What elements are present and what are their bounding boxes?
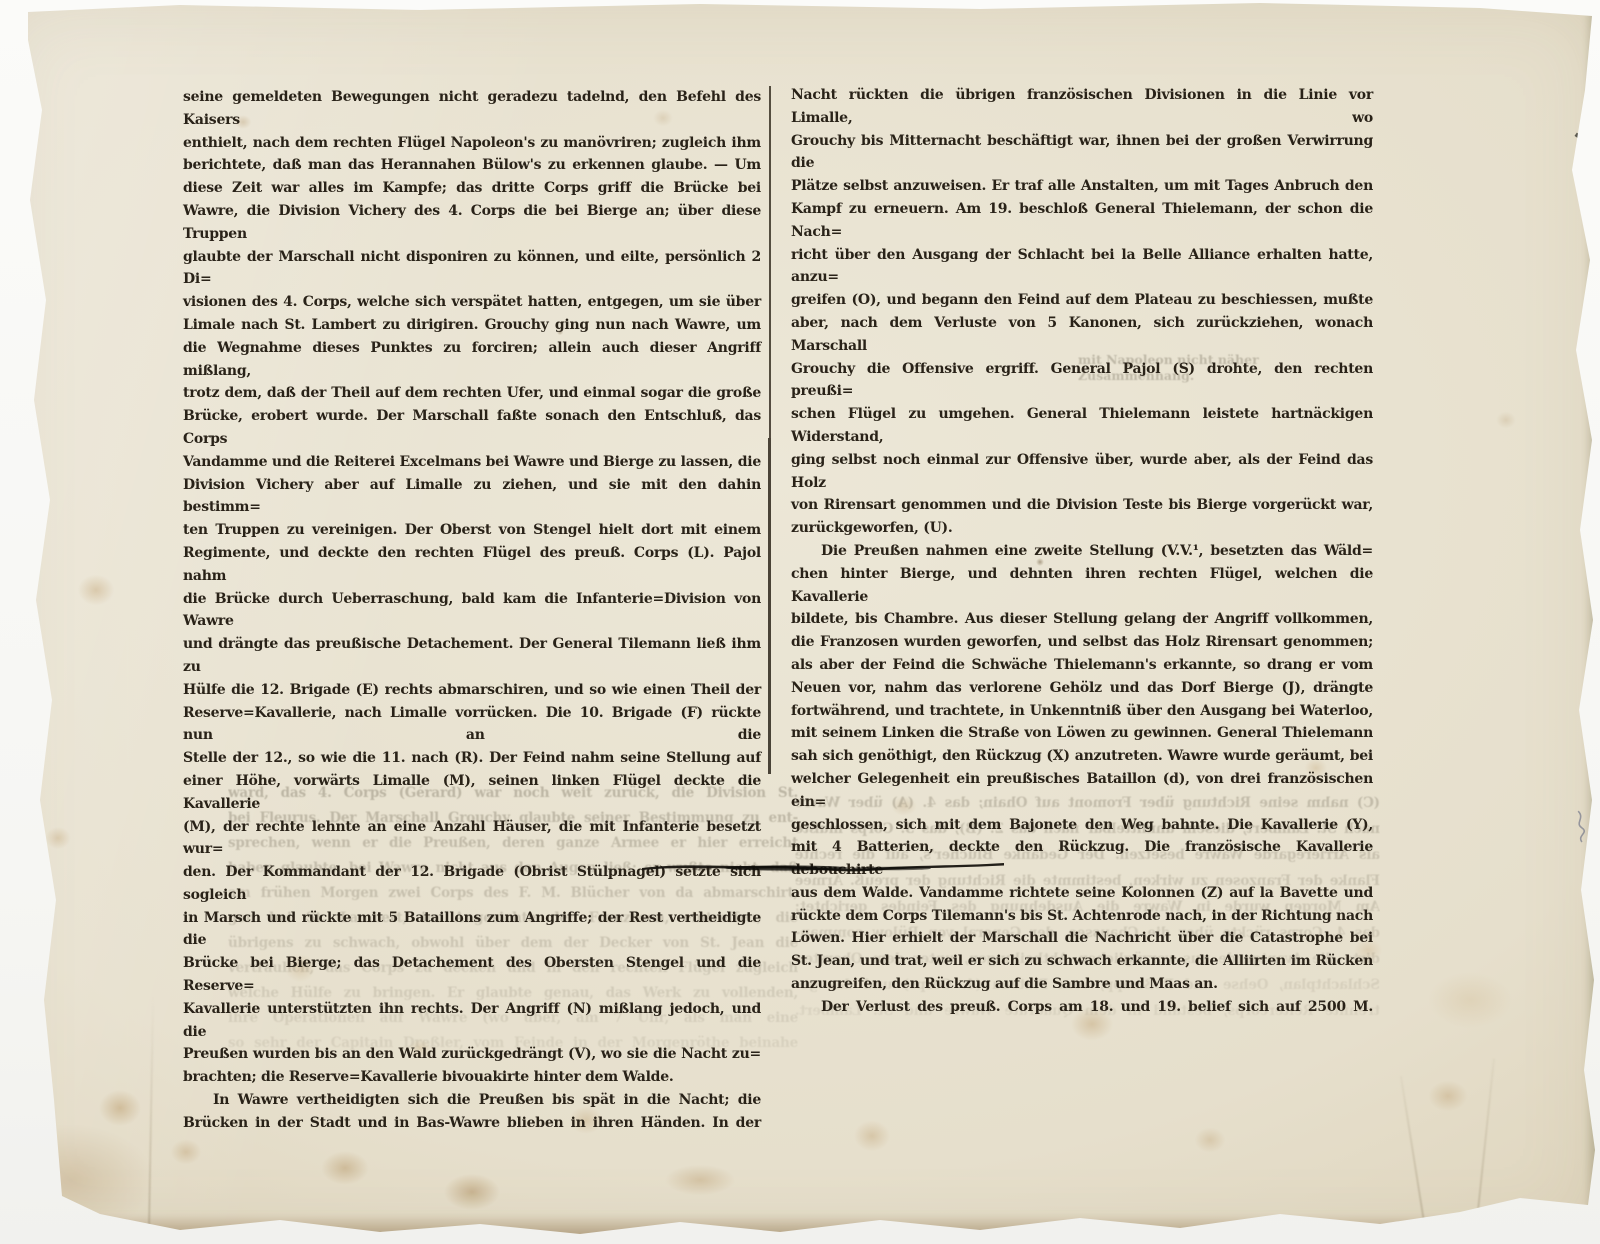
pencil-squiggle-right-margin [1568, 808, 1598, 845]
text-line: Nacht rückten die übrigen französischen … [791, 84, 1373, 130]
text-line: Brücke bei Bierge; das Detachement des O… [183, 952, 761, 998]
text-line: brachten; die Reserve=Kavallerie bivouak… [183, 1066, 761, 1089]
text-line: Neuen vor, nahm das verlorene Gehölz und… [791, 677, 1373, 700]
paragraph: Die Preußen nahmen eine zweite Stellung … [791, 540, 1373, 996]
text-line: Hülfe die 12. Brigade (E) rechts abmarsc… [183, 679, 761, 702]
text-line: rückte dem Corps Tilemann's bis St. Acht… [791, 905, 1373, 928]
text-line: Vandamme und die Reiterei Excelmans bei … [183, 451, 761, 474]
text-line: von Rirensart genommen und die Division … [791, 494, 1373, 517]
text-line: Wawre, die Division Vichery des 4. Corps… [183, 200, 761, 246]
text-line: die Franzosen wurden geworfen, und selbs… [791, 631, 1373, 654]
paragraph: Der Verlust des preuß. Corps am 18. und … [791, 996, 1373, 1019]
text-line: In Wawre vertheidigten sich die Preußen … [183, 1089, 761, 1112]
text-line: zurückgeworfen, (U). [791, 517, 1373, 540]
paper-crease [1400, 1076, 1426, 1229]
text-line: Reserve=Kavallerie, nach Limalle vorrück… [183, 702, 761, 748]
text-line: Kavallerie unterstützten ihn rechts. Der… [183, 998, 761, 1044]
text-line: Preußen wurden bis an den Wald zurückged… [183, 1043, 761, 1066]
text-line: schen Flügel zu umgehen. General Thielem… [791, 403, 1373, 449]
text-line: die Brücke durch Ueberraschung, bald kam… [183, 588, 761, 634]
text-line: Kampf zu erneuern. Am 19. beschloß Gener… [791, 198, 1373, 244]
text-line: und drängte das preußische Detachement. … [183, 633, 761, 679]
text-line: enthielt, nach dem rechten Flügel Napole… [183, 132, 761, 155]
column-divider-rule [769, 86, 771, 774]
paper-sheet: ward, das 4. Corps (Gérard) war noch wei… [0, 0, 1600, 1244]
text-line: chen hinter Bierge, und dehnten ihren re… [791, 563, 1373, 609]
text-column-left: seine gemeldeten Bewegungen nicht gerade… [183, 86, 761, 1135]
text-line: Regimente, und deckte den rechten Flügel… [183, 542, 761, 588]
text-line: seine gemeldeten Bewegungen nicht gerade… [183, 86, 761, 132]
text-line: St. Jean, und trat, weil er sich zu schw… [791, 950, 1373, 973]
text-line: trotz dem, daß der Theil auf dem rechten… [183, 382, 761, 405]
paragraph: seine gemeldeten Bewegungen nicht gerade… [183, 86, 761, 1089]
text-line: Brücke, erobert wurde. Der Marschall faß… [183, 405, 761, 451]
text-line: Limale nach St. Lambert zu dirigiren. Gr… [183, 314, 761, 337]
ink-stroke-mark [636, 843, 1026, 879]
text-line: diese Zeit war alles im Kampfe; das drit… [183, 177, 761, 200]
text-line: in Marsch und rückte mit 5 Bataillons zu… [183, 907, 761, 953]
text-line: Die Preußen nahmen eine zweite Stellung … [791, 540, 1373, 563]
text-line: Grouchy bis Mitternacht beschäftigt war,… [791, 130, 1373, 176]
scanned-document-page: ward, das 4. Corps (Gérard) war noch wei… [0, 0, 1600, 1244]
text-line: welcher Gelegenheit ein preußisches Bata… [791, 768, 1373, 814]
text-line: mit seinem Linken die Straße von Löwen z… [791, 722, 1373, 745]
text-line: glaubte der Marschall nicht disponiren z… [183, 246, 761, 292]
text-line: geschlossen, sich mit dem Bajonete den W… [791, 814, 1373, 837]
text-line: aber, nach dem Verluste von 5 Kanonen, s… [791, 312, 1373, 358]
paragraph: In Wawre vertheidigten sich die Preußen … [183, 1089, 761, 1135]
text-line: ten Truppen zu vereinigen. Der Oberst vo… [183, 519, 761, 542]
text-line: Grouchy die Offensive ergriff. General P… [791, 358, 1373, 404]
deckle-edge-right [1584, 0, 1600, 1244]
text-line: Plätze selbst anzuweisen. Er traf alle A… [791, 175, 1373, 198]
text-line: als aber der Feind die Schwäche Thielema… [791, 654, 1373, 677]
text-line: Der Verlust des preuß. Corps am 18. und … [791, 996, 1373, 1019]
text-line: fortwährend, und trachtete, in Unkenntni… [791, 700, 1373, 723]
text-line: aus dem Walde. Vandamme richtete seine K… [791, 882, 1373, 905]
text-line: sah sich genöthigt, den Rückzug (X) anzu… [791, 745, 1373, 768]
paper-crease [148, 995, 154, 1235]
text-line: die Wegnahme dieses Punktes zu forciren;… [183, 337, 761, 383]
text-line: greifen (O), und begann den Feind auf de… [791, 289, 1373, 312]
text-line: ging selbst noch einmal zur Offensive üb… [791, 449, 1373, 495]
text-line: anzugreifen, den Rückzug auf die Sambre … [791, 973, 1373, 996]
deckle-edge-bottom [40, 1214, 1590, 1240]
text-line: Löwen. Hier erhielt der Marschall die Na… [791, 927, 1373, 950]
text-line: Stelle der 12., so wie die 11. nach (R).… [183, 747, 761, 770]
ink-dash-right-margin [1575, 133, 1593, 147]
text-line: bildete, bis Chambre. Aus dieser Stellun… [791, 608, 1373, 631]
text-line: Division Vichery aber auf Limalle zu zie… [183, 474, 761, 520]
paper-crease [1475, 1058, 1495, 1229]
text-line: visionen des 4. Corps, welche sich versp… [183, 291, 761, 314]
text-line: berichtete, daß man das Herannahen Bülow… [183, 154, 761, 177]
paragraph: Nacht rückten die übrigen französischen … [791, 84, 1373, 540]
text-line: richt über den Ausgang der Schlacht bei … [791, 244, 1373, 290]
text-line: Brücken in der Stadt und in Bas-Wawre bl… [183, 1112, 761, 1135]
text-line: einer Höhe, vorwärts Limalle (M), seinen… [183, 770, 761, 816]
